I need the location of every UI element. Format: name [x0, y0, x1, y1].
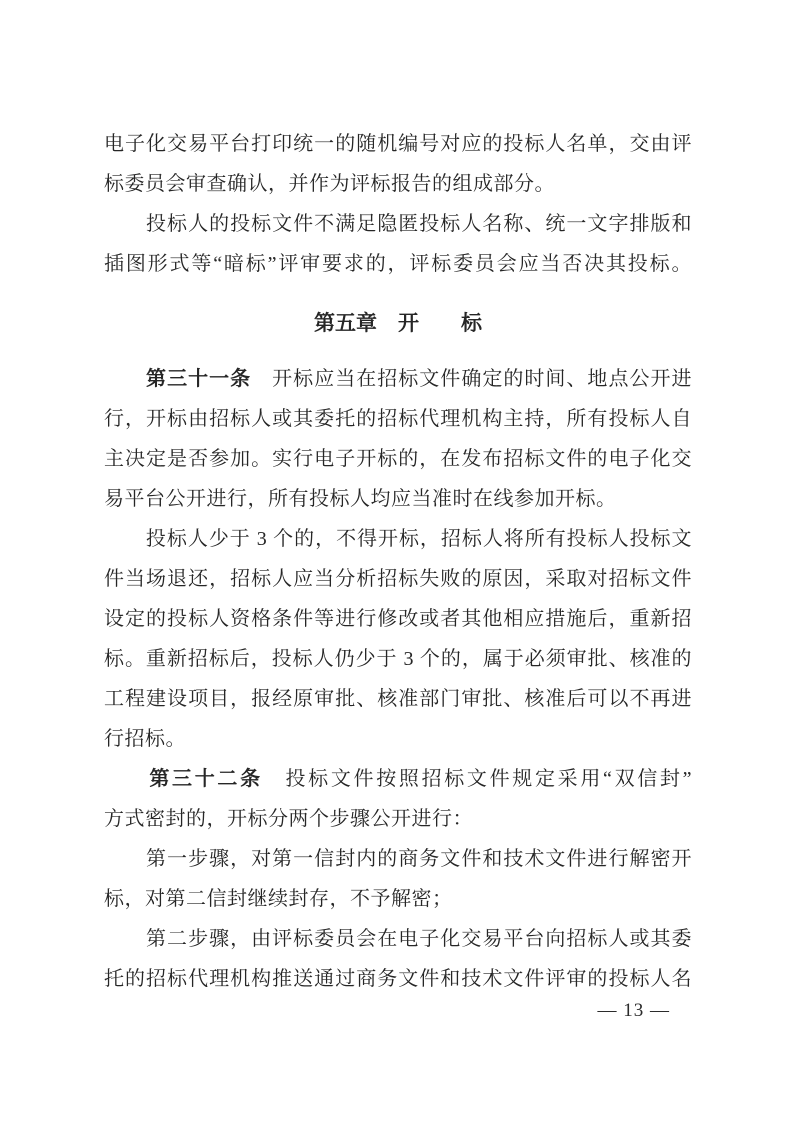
- text-line: 第三十一条 开标应当在招标文件确定的时间、地点公开进: [104, 359, 692, 399]
- text-line: 主决定是否参加。实行电子开标的，在发布招标文件的电子化交: [104, 439, 692, 479]
- text-line: 标委员会审查确认，并作为评标报告的组成部分。: [104, 164, 692, 204]
- paragraph: 投标人的投标文件不满足隐匿投标人名称、统一文字排版和插图形式等“暗标”评审要求的…: [104, 204, 692, 284]
- paragraph: 第二步骤，由评标委员会在电子化交易平台向招标人或其委托的招标代理机构推送通过商务…: [104, 919, 692, 999]
- text-line: 标。重新招标后，投标人仍少于 3 个的，属于必须审批、核准的: [104, 639, 692, 679]
- text-line: 行招标。: [104, 719, 692, 759]
- chapter-heading: 第五章 开 标: [104, 304, 692, 344]
- text-line: 工程建设项目，报经原审批、核准部门审批、核准后可以不再进: [104, 679, 692, 719]
- article-number: 第三十二条: [149, 768, 262, 790]
- text-line: 第二步骤，由评标委员会在电子化交易平台向招标人或其委: [104, 919, 692, 959]
- paragraph: 第一步骤，对第一信封内的商务文件和技术文件进行解密开标，对第二信封继续封存，不予…: [104, 839, 692, 919]
- text-line: 易平台公开进行，所有投标人均应当准时在线参加开标。: [104, 479, 692, 519]
- text-line: 插图形式等“暗标”评审要求的，评标委员会应当否决其投标。: [104, 244, 692, 284]
- document-page: 电子化交易平台打印统一的随机编号对应的投标人名单，交由评标委员会审查确认，并作为…: [0, 0, 793, 1122]
- document-content: 电子化交易平台打印统一的随机编号对应的投标人名单，交由评标委员会审查确认，并作为…: [104, 124, 692, 999]
- text-line: 件当场退还，招标人应当分析招标失败的原因，采取对招标文件: [104, 559, 692, 599]
- paragraph: 投标人少于 3 个的，不得开标，招标人将所有投标人投标文件当场退还，招标人应当分…: [104, 519, 692, 759]
- text-line: 投标人的投标文件不满足隐匿投标人名称、统一文字排版和: [104, 204, 692, 244]
- text-line: 第三十二条 投标文件按照招标文件规定采用“双信封”: [104, 759, 692, 799]
- paragraph: 电子化交易平台打印统一的随机编号对应的投标人名单，交由评标委员会审查确认，并作为…: [104, 124, 692, 204]
- text-line: 标，对第二信封继续封存，不予解密；: [104, 879, 692, 919]
- text-line: 投标人少于 3 个的，不得开标，招标人将所有投标人投标文: [104, 519, 692, 559]
- text-line: 托的招标代理机构推送通过商务文件和技术文件评审的投标人名: [104, 959, 692, 999]
- text-line: 电子化交易平台打印统一的随机编号对应的投标人名单，交由评: [104, 124, 692, 164]
- paragraph: 第三十二条 投标文件按照招标文件规定采用“双信封”方式密封的，开标分两个步骤公开…: [104, 759, 692, 839]
- paragraph: 第三十一条 开标应当在招标文件确定的时间、地点公开进行，开标由招标人或其委托的招…: [104, 359, 692, 519]
- text-line: 设定的投标人资格条件等进行修改或者其他相应措施后，重新招: [104, 599, 692, 639]
- text-line: 第一步骤，对第一信封内的商务文件和技术文件进行解密开: [104, 839, 692, 879]
- page-number: — 13 —: [598, 1000, 671, 1022]
- article-number: 第三十一条: [146, 368, 251, 390]
- text-line: 行，开标由招标人或其委托的招标代理机构主持，所有投标人自: [104, 399, 692, 439]
- text-line: 方式密封的，开标分两个步骤公开进行：: [104, 799, 692, 839]
